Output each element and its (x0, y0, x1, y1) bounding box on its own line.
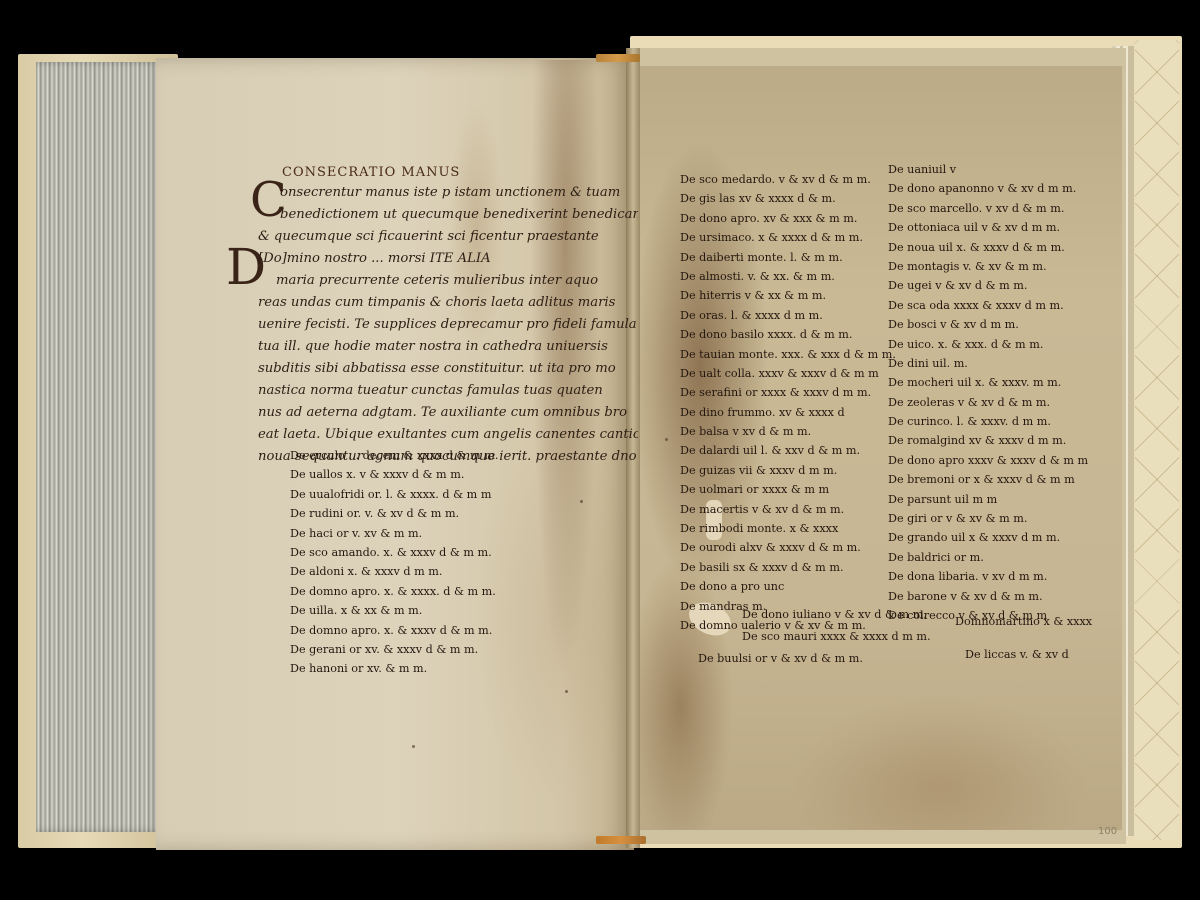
list-item: De giri or v & xv & m m. (888, 509, 1088, 528)
list-item: De ugei v & xv d & m m. (888, 276, 1088, 295)
right-page-column-right: De uaniuil v De dono apanonno v & xv d m… (888, 160, 1088, 625)
list-item: De basili sx & xxxv d & m m. (680, 558, 896, 577)
list-item: De uolmari or xxxx & m m (680, 480, 896, 499)
prose-line: nastica norma tueatur cunctas famulas tu… (258, 380, 638, 402)
list-item: De gerani or xv. & xxxv d & m m. (290, 640, 498, 659)
tooled-border-pattern (1135, 40, 1179, 840)
ink-speck (565, 690, 568, 693)
list-item: De ualt colla. xxxv & xxxv d & m m (680, 364, 896, 383)
list-item: De montagis v. & xv & m m. (888, 257, 1088, 276)
list-item: De dalardi uil l. & xxv d & m m. (680, 441, 896, 460)
list-item: De uallos x. v & xxxv d & m m. (290, 465, 498, 484)
prose-line: [Do]mino nostro ... morsi ITE ALIA (258, 248, 638, 270)
list-item: De sco marcello. v xv d & m m. (888, 199, 1088, 218)
headband-top (596, 54, 640, 62)
list-item: De sca oda xxxx & xxxv d m m. (888, 296, 1088, 315)
list-item: De oras. l. & xxxx d m m. (680, 306, 896, 325)
list-item: De uualofridi or. l. & xxxx. d & m m (290, 485, 498, 504)
list-item: De almosti. v. & xx. & m m. (680, 267, 896, 286)
right-page-column-left: De sco medardo. v & xv d & m m. De gis l… (680, 170, 896, 635)
list-item: De liccas v. & xv d (965, 648, 1069, 661)
list-item: Domnomartino x & xxxx (955, 615, 1092, 628)
list-item: De buulsi or v & xv d & m m. (698, 652, 863, 665)
list-item: De uico. x. & xxx. d & m m. (888, 335, 1088, 354)
list-item: De sco amando. x. & xxxv d & m m. (290, 543, 498, 562)
list-item: De dino frummo. xv & xxxx d (680, 403, 896, 422)
list-item: De erculo ... decem & xxxx d & m m. (290, 446, 498, 465)
list-item: De tauian monte. xxx. & xxx d & m m. (680, 345, 896, 364)
prose-line: subditis sibi abbatissa esse constituitu… (258, 358, 638, 380)
prose-line: eat laeta. Ubique exultantes cum angelis… (258, 424, 638, 446)
list-item: De parsunt uil m m (888, 490, 1088, 509)
page-block-edges (36, 62, 162, 832)
rubric-heading: CONSECRATIO MANUS (282, 165, 460, 180)
prose-line: benedictionem ut quecumque benedixerint … (258, 204, 638, 226)
prose-line: uenire fecisti. Te supplices deprecamur … (258, 314, 638, 336)
list-item: De dono a pro unc (680, 577, 896, 596)
list-item: De aldoni x. & xxxv d m m. (290, 562, 498, 581)
list-item: De dono basilo xxxx. d & m m. (680, 325, 896, 344)
prayer-text: onsecrentur manus iste p istam unctionem… (258, 182, 638, 468)
list-item: De daiberti monte. l. & m m. (680, 248, 896, 267)
list-item: De rudini or. v. & xv d & m m. (290, 504, 498, 523)
left-property-list: De erculo ... decem & xxxx d & m m. De u… (290, 446, 498, 679)
list-item: De baldrici or m. (888, 548, 1088, 567)
list-item: De rimbodi monte. x & xxxx (680, 519, 896, 538)
list-item: De zeoleras v & xv d & m m. (888, 393, 1088, 412)
list-item: De domno apro. x. & xxxv d & m m. (290, 621, 498, 640)
folio-number: 100 (1098, 826, 1117, 837)
list-item: De ourodi alxv & xxxv d & m m. (680, 538, 896, 557)
list-item: De hanoni or xv. & m m. (290, 659, 498, 678)
list-item: De bremoni or x & xxxv d & m m (888, 470, 1088, 489)
list-item: De domno apro. x. & xxxx. d & m m. (290, 582, 498, 601)
list-item: De guizas vii & xxxv d m m. (680, 461, 896, 480)
manuscript-photo: CONSECRATIO MANUS C D onsecrentur manus … (0, 0, 1200, 900)
ink-speck (665, 438, 668, 441)
ink-speck (412, 745, 415, 748)
list-item: De serafini or xxxx & xxxv d m m. (680, 383, 896, 402)
list-item: De dono apanonno v & xv d m m. (888, 179, 1088, 198)
list-item: De sco mauri xxxx & xxxx d m m. (742, 630, 931, 643)
list-item: De sco medardo. v & xv d & m m. (680, 170, 896, 189)
list-item: De uilla. x & xx & m m. (290, 601, 498, 620)
list-item: De bosci v & xv d m m. (888, 315, 1088, 334)
prose-line: & quecumque sci ficauerint sci ficentur … (258, 226, 638, 248)
list-item: De grando uil x & xxxv d m m. (888, 528, 1088, 547)
list-item: De curinco. l. & xxxv. d m m. (888, 412, 1088, 431)
list-item: De ottoniaca uil v & xv d m m. (888, 218, 1088, 237)
prose-line: onsecrentur manus iste p istam unctionem… (258, 182, 638, 204)
list-item: De haci or v. xv & m m. (290, 524, 498, 543)
prose-line: reas undas cum timpanis & choris laeta a… (258, 292, 638, 314)
list-item: De romalgind xv & xxxv d m m. (888, 431, 1088, 450)
prose-line: nus ad aeterna adgtam. Te auxiliante cum… (258, 402, 638, 424)
list-item: De dono apro xxxv & xxxv d & m m (888, 451, 1088, 470)
prose-line: maria precurrente ceteris mulieribus int… (258, 270, 638, 292)
list-item: De hiterris v & xx & m m. (680, 286, 896, 305)
list-item: De dona libaria. v xv d m m. (888, 567, 1088, 586)
ink-speck (580, 500, 583, 503)
prose-line: tua ill. que hodie mater nostra in cathe… (258, 336, 638, 358)
list-item: De ursimaco. x & xxxx d & m m. (680, 228, 896, 247)
list-item: De balsa v xv d & m m. (680, 422, 896, 441)
list-item: De noua uil x. & xxxv d & m m. (888, 238, 1088, 257)
list-item: De mocheri uil x. & xxxv. m m. (888, 373, 1088, 392)
list-item: De uaniuil v (888, 160, 1088, 179)
list-item: De dono apro. xv & xxx & m m. (680, 209, 896, 228)
list-item: De barone v & xv d & m m. (888, 587, 1088, 606)
list-item: De dini uil. m. (888, 354, 1088, 373)
headband-bottom (596, 836, 646, 844)
list-item: De gis las xv & xxxx d & m. (680, 189, 896, 208)
list-item: De macertis v & xv d & m m. (680, 500, 896, 519)
